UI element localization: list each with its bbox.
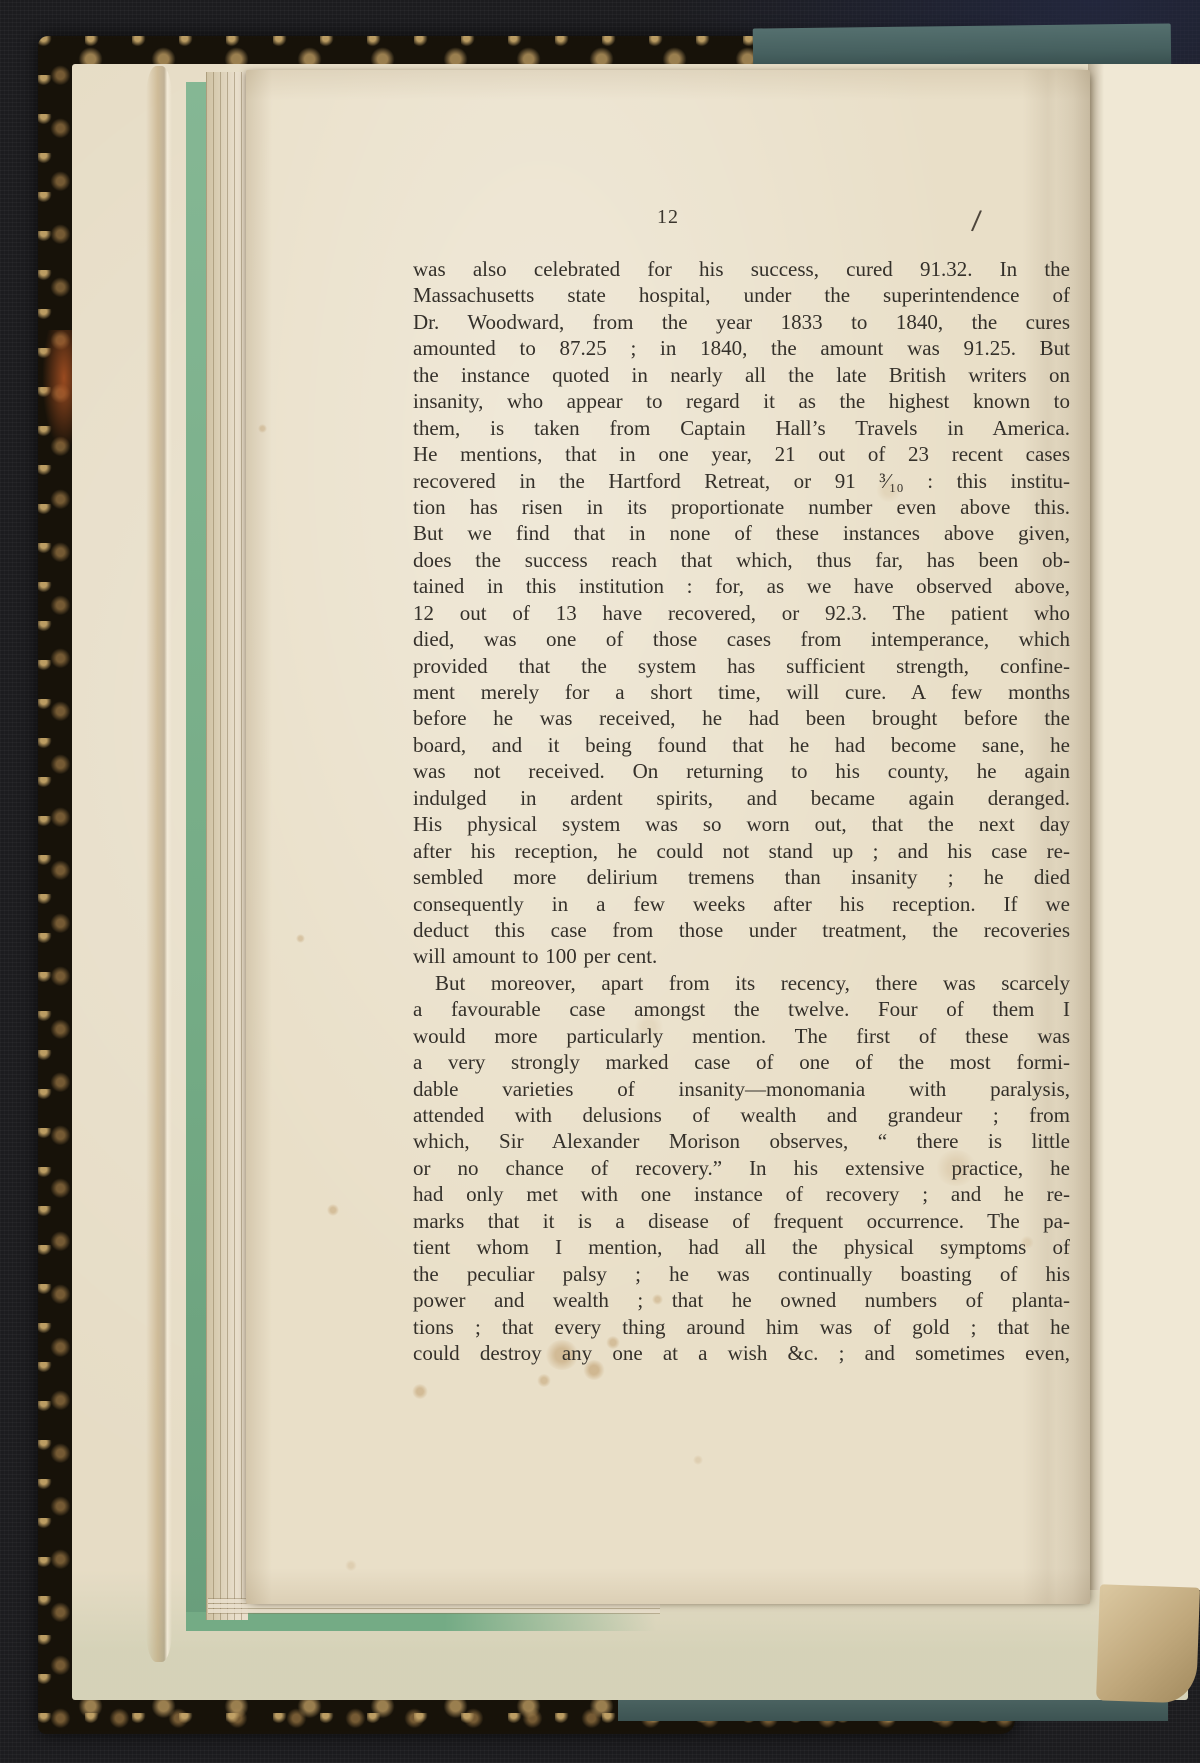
text-line: tient whom I mention, had all the physic…: [413, 1234, 1070, 1260]
text-line: will amount to 100 per cent.: [413, 943, 1070, 969]
text-line: provided that the system has sufficient …: [413, 653, 1070, 679]
text-line: them, is taken from Captain Hall’s Trave…: [413, 415, 1070, 441]
text-line: tion has risen in its proportionate numb…: [413, 494, 1070, 520]
text-line: or no chance of recovery.” In his extens…: [413, 1155, 1070, 1181]
text-line: board, and it being found that he had be…: [413, 732, 1070, 758]
text-line: a favourable case amongst the twelve. Fo…: [413, 996, 1070, 1022]
foxing-spot: [345, 1560, 357, 1571]
foxing-spot: [537, 1374, 551, 1387]
text-line: tained in this institution : for, as we …: [413, 573, 1070, 599]
page-number: 12: [588, 206, 748, 229]
text-line: the peculiar palsy ; he was continually …: [413, 1261, 1070, 1287]
foxing-spot: [258, 424, 267, 433]
text-line: does the success reach that which, thus …: [413, 547, 1070, 573]
scanned-book-page-photo: 12 / was also celebrated for his success…: [0, 0, 1200, 1763]
text-block: was also celebrated for his success, cur…: [413, 256, 1070, 1366]
foxing-spot: [412, 1384, 428, 1399]
text-line: ment merely for a short time, will cure.…: [413, 679, 1070, 705]
text-line: was also celebrated for his success, cur…: [413, 256, 1070, 282]
text-line: died, was one of those cases from intemp…: [413, 626, 1070, 652]
adjacent-page-edge: [1088, 64, 1200, 1590]
teal-cloth-strip-bottom: [618, 1698, 1168, 1721]
text-line: amounted to 87.25 ; in 1840, the amount …: [413, 335, 1070, 361]
foxing-spot: [327, 1204, 339, 1216]
text-line: recovered in the Hartford Retreat, or 91…: [413, 468, 1070, 494]
text-line: But we find that in none of these instan…: [413, 520, 1070, 546]
text-line: His physical system was so worn out, tha…: [413, 811, 1070, 837]
text-line: the instance quoted in nearly all the la…: [413, 362, 1070, 388]
text-line: He mentions, that in one year, 21 out of…: [413, 441, 1070, 467]
page-edge-stack-left: [206, 72, 248, 1620]
text-line: deduct this case from those under treatm…: [413, 917, 1070, 943]
text-line: was not received. On returning to his co…: [413, 758, 1070, 784]
text-line: before he was received, he had been brou…: [413, 705, 1070, 731]
text-line: would more particularly mention. The fir…: [413, 1023, 1070, 1049]
text-line: dable varieties of insanity—monomania wi…: [413, 1076, 1070, 1102]
text-line: tions ; that every thing around him was …: [413, 1314, 1070, 1340]
text-line: indulged in ardent spirits, and became a…: [413, 785, 1070, 811]
text-line: had only met with one instance of recove…: [413, 1181, 1070, 1207]
text-line: could destroy any one at a wish &c. ; an…: [413, 1340, 1070, 1366]
text-line: 12 out of 13 have recovered, or 92.3. Th…: [413, 600, 1070, 626]
text-line: attended with delusions of wealth and gr…: [413, 1102, 1070, 1128]
text-line: insanity, who appear to regard it as the…: [413, 388, 1070, 414]
text-line: Massachusetts state hospital, under the …: [413, 282, 1070, 308]
text-line: power and wealth ; that he owned numbers…: [413, 1287, 1070, 1313]
text-line: which, Sir Alexander Morison observes, “…: [413, 1128, 1070, 1154]
text-line: consequently in a few weeks after his re…: [413, 891, 1070, 917]
text-line: sembled more delirium tremens than insan…: [413, 864, 1070, 890]
text-line: a very strongly marked case of one of th…: [413, 1049, 1070, 1075]
text-line: marks that it is a disease of frequent o…: [413, 1208, 1070, 1234]
text-line: But moreover, apart from its recency, th…: [413, 970, 1070, 996]
text-line: Dr. Woodward, from the year 1833 to 1840…: [413, 309, 1070, 335]
text-line: after his reception, he could not stand …: [413, 838, 1070, 864]
curled-page-corner: [1096, 1584, 1200, 1703]
endpaper-torn-edge: [146, 66, 172, 1662]
green-board-edge-horizontal: [186, 1612, 656, 1631]
foxing-spot: [296, 934, 305, 943]
foxing-spot: [693, 1455, 703, 1465]
